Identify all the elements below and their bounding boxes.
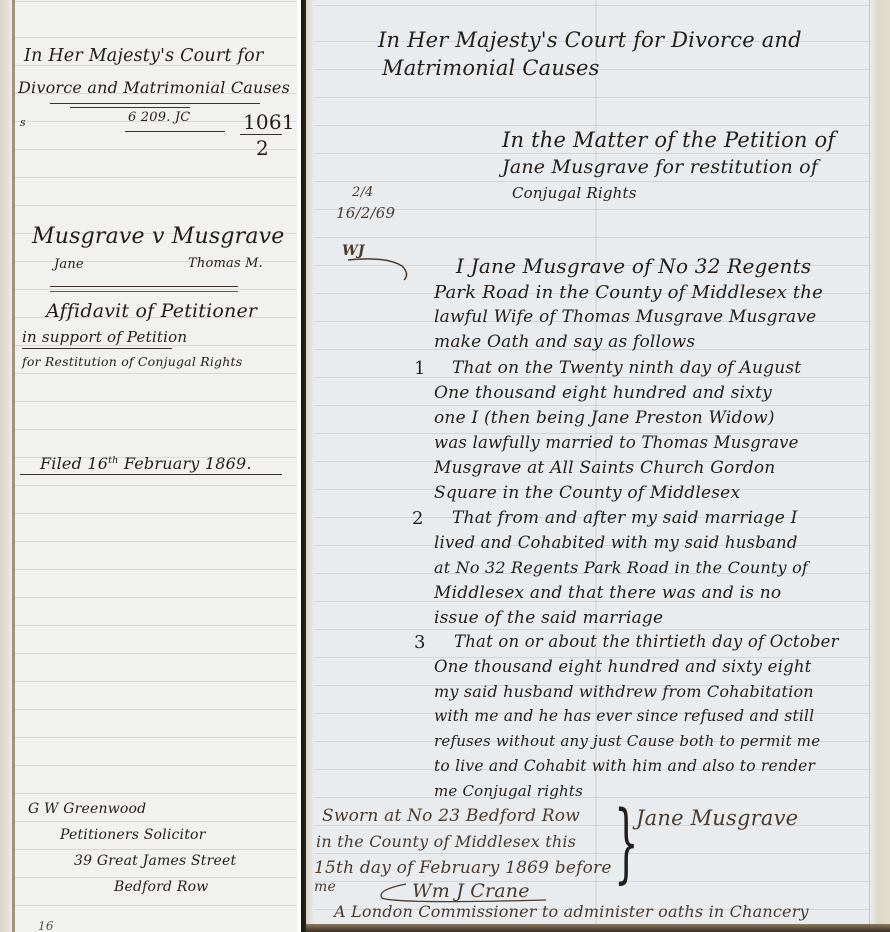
matter-heading-line-1: In the Matter of the Petition of bbox=[502, 130, 835, 151]
paragraph-1-line-3: one I (then being Jane Preston Widow) bbox=[434, 410, 775, 427]
title-divider bbox=[50, 286, 238, 292]
heading-underline-2 bbox=[70, 107, 190, 108]
intro-line-2: Park Road in the County of Middlesex the bbox=[434, 284, 823, 302]
page-gutter bbox=[297, 0, 306, 932]
initials-flourish bbox=[346, 252, 416, 282]
case-number: 1061 bbox=[243, 112, 295, 132]
document-title-underline bbox=[22, 348, 172, 349]
matter-heading-line-3: Conjugal Rights bbox=[512, 186, 637, 201]
paragraph-3-line-3: my said husband withdrew from Cohabitati… bbox=[434, 684, 814, 700]
intro-line-4: make Oath and say as follows bbox=[434, 334, 695, 351]
paragraph-3-line-5: refuses without any just Cause both to p… bbox=[434, 734, 820, 749]
respondent-first-name: Thomas M. bbox=[188, 257, 263, 270]
paragraph-3-line-6: to live and Cohabit with him and also to… bbox=[434, 759, 815, 775]
solicitor-role: Petitioners Solicitor bbox=[60, 828, 206, 842]
document-title-line-1: Affidavit of Petitioner bbox=[46, 302, 257, 321]
document-title-line-3: for Restitution of Conjugal Rights bbox=[22, 356, 242, 369]
page-edge-bottom bbox=[306, 924, 890, 932]
reference-number: 6 209. JC bbox=[128, 111, 190, 124]
paragraph-1-line-4: was lawfully married to Thomas Musgrave bbox=[434, 435, 799, 452]
paragraph-3-line-1: That on or about the thirtieth day of Oc… bbox=[454, 634, 839, 651]
case-number-divider bbox=[240, 134, 282, 135]
paragraph-1-line-1: That on the Twenty ninth day of August bbox=[452, 360, 801, 377]
matter-heading-line-2: Jane Musgrave for restitution of bbox=[502, 158, 818, 177]
solicitor-address-line-1: 39 Great James Street bbox=[74, 854, 236, 868]
margin-note-date: 16/2/69 bbox=[336, 206, 395, 221]
paragraph-1-line-5: Musgrave at All Saints Church Gordon bbox=[434, 460, 775, 477]
page-edge-right bbox=[869, 0, 890, 932]
document-title-line-2: in support of Petition bbox=[22, 330, 187, 345]
heading-underline bbox=[50, 103, 260, 104]
margin-note-fee: 2/4 bbox=[352, 186, 374, 199]
jurat-line-2: in the County of Middlesex this bbox=[316, 834, 576, 850]
filed-date-prefix: Filed 16 bbox=[40, 454, 108, 473]
paragraph-2-line-2: lived and Cohabited with my said husband bbox=[434, 535, 798, 552]
cover-court-heading-line-2: Divorce and Matrimonial Causes bbox=[18, 80, 290, 96]
paragraph-3-line-4: with me and he has ever since refused an… bbox=[434, 709, 814, 725]
reference-underline bbox=[125, 131, 225, 132]
paragraph-1-number: 1 bbox=[414, 360, 426, 378]
court-heading-line-1: In Her Majesty's Court for Divorce and bbox=[378, 30, 802, 51]
affidavit-page: In Her Majesty's Court for Divorce and M… bbox=[306, 0, 890, 932]
intro-line-3: lawful Wife of Thomas Musgrave Musgrave bbox=[434, 309, 816, 326]
filed-underline bbox=[20, 474, 282, 475]
intro-line-1: I Jane Musgrave of No 32 Regents bbox=[456, 256, 811, 276]
filed-date-rest: February 1869. bbox=[124, 454, 252, 473]
paragraph-2-line-3: at No 32 Regents Park Road in the County… bbox=[434, 560, 808, 576]
paragraph-1-line-2: One thousand eight hundred and sixty bbox=[434, 385, 772, 402]
margin-mark: s bbox=[20, 117, 26, 128]
paragraph-3-number: 3 bbox=[414, 634, 426, 652]
cover-page: In Her Majesty's Court for Divorce and M… bbox=[0, 0, 297, 932]
paragraph-2-line-1: That from and after my said marriage I bbox=[452, 510, 798, 527]
paragraph-2-number: 2 bbox=[412, 510, 424, 528]
deponent-signature: Jane Musgrave bbox=[636, 808, 798, 829]
case-number-sub: 2 bbox=[256, 138, 269, 158]
court-heading-line-2: Matrimonial Causes bbox=[382, 58, 600, 79]
paragraph-3-line-7: me Conjugal rights bbox=[434, 784, 583, 799]
page-edge-left bbox=[306, 0, 314, 932]
jurat-line-4: me bbox=[314, 880, 336, 894]
bottom-mark: 16 bbox=[38, 920, 54, 932]
jurat-line-1: Sworn at No 23 Bedford Row bbox=[322, 808, 580, 825]
paragraph-2-line-5: issue of the said marriage bbox=[434, 610, 663, 627]
commissioner-title: A London Commissioner to administer oath… bbox=[334, 904, 809, 920]
case-title: Musgrave v Musgrave bbox=[32, 226, 285, 248]
jurat-line-3: 15th day of February 1869 before bbox=[314, 860, 612, 877]
jurat-brace: } bbox=[614, 800, 639, 886]
petitioner-first-name: Jane bbox=[54, 258, 84, 271]
solicitor-name: G W Greenwood bbox=[28, 802, 146, 816]
paragraph-3-line-2: One thousand eight hundred and sixty eig… bbox=[434, 659, 812, 676]
paragraph-2-line-4: Middlesex and that there was and is no bbox=[434, 585, 781, 602]
cover-court-heading-line-1: In Her Majesty's Court for bbox=[24, 48, 263, 66]
filed-date-suffix: th bbox=[108, 455, 118, 466]
paragraph-1-line-6: Square in the County of Middlesex bbox=[434, 485, 740, 502]
margin-rule bbox=[12, 0, 15, 932]
filed-date: Filed 16th February 1869. bbox=[40, 456, 252, 472]
solicitor-address-line-2: Bedford Row bbox=[114, 880, 208, 894]
